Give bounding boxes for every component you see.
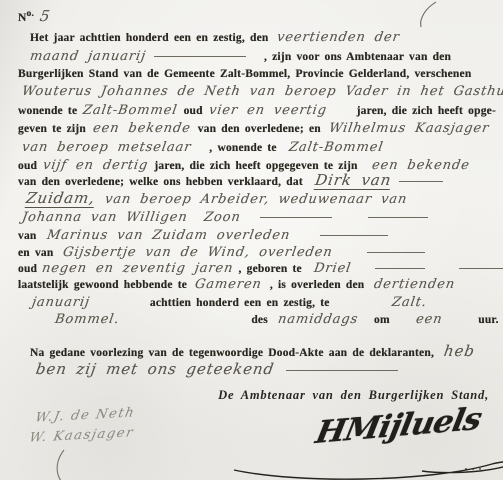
father-name: Marinus van Zuidam overleden <box>45 229 290 242</box>
filler-stroke <box>260 217 332 218</box>
signature-official: HMijluels <box>300 408 495 478</box>
act-line-4: Wouterus Johannes de Neth van beroep Vad… <box>22 82 503 100</box>
declarant1-name-occupation: Wouterus Johannes de Neth van beroep Vad… <box>21 85 503 98</box>
declarant1-relation: een bekende <box>92 122 192 135</box>
printed-text: Na gedane voorlezing van de tegenwoordig… <box>30 347 434 359</box>
printed-text: wonende te <box>18 105 77 117</box>
printed-text: jaren, die zich heeft opge- <box>357 105 496 117</box>
no-label: No. <box>18 12 34 24</box>
deceased-relation-son: Zoon <box>203 211 242 224</box>
signature-declarant2: W. Kaasjager <box>30 426 133 444</box>
act-line-6: geven te zijn een bekende van den overle… <box>18 119 489 137</box>
no-prefix: N <box>18 12 27 24</box>
act-line-2: maand januarij , zijn voor ons Ambtenaar… <box>30 47 451 65</box>
act-line-5: wonende te Zalt-Bommel oud vier en veert… <box>18 101 496 119</box>
deceased-age: negen en zeventig jaren <box>41 262 234 275</box>
pen-mark <box>52 448 70 480</box>
printed-text: oud <box>18 160 37 172</box>
printed-text: van <box>18 230 37 242</box>
declarant1-residence: Zalt-Bommel <box>82 104 178 117</box>
act-line-15: laatstelijk gewoond hebbende te Gameren … <box>18 275 455 293</box>
filler-stroke <box>320 235 388 236</box>
closing-line-1: Na gedane voorlezing van de tegenwoordig… <box>30 343 475 361</box>
printed-text: achttien honderd een en zestig, te <box>150 297 330 309</box>
filler-stroke <box>375 268 425 269</box>
printed-text: geven te zijn <box>18 123 86 135</box>
act-line-3: Burgerlijken Stand van de Gemeente Zalt-… <box>18 64 471 82</box>
act-number: 5 <box>39 9 52 24</box>
act-line-11: Johanna van Willigen Zoon <box>22 208 432 226</box>
closing-hand-continued: ben zij met ons geteekend <box>35 362 275 377</box>
declarant2-occupation: van beroep metselaar <box>21 141 192 154</box>
printed-text: uur. <box>478 314 499 326</box>
month-entry: maand januarij <box>29 50 147 63</box>
deceased-occupation-status: van beroep Arbeider, weduwenaar van <box>104 193 408 206</box>
official-signature-text: HMijluels <box>313 401 484 451</box>
death-day: dertienden <box>373 278 456 291</box>
act-line-12: van Marinus van Zuidam overleden <box>18 226 392 244</box>
printed-text: oud <box>184 105 203 117</box>
official-title-text: De Ambtenaar van den Burgerlijken Stand, <box>218 388 489 402</box>
deceased-surname: Zuidam, <box>25 191 96 208</box>
filler-stroke <box>368 217 428 218</box>
act-number-block: No. 5 <box>18 8 51 26</box>
declarant2-residence: Zalt-Bommel <box>288 141 384 154</box>
last-residence: Gameren <box>194 278 263 291</box>
death-place-line2: Bommel. <box>54 313 120 326</box>
filler-stroke <box>367 252 425 253</box>
printed-text: Het jaar achttien honderd een en zestig,… <box>30 32 269 44</box>
printed-text: oud <box>18 263 37 275</box>
act-line-9: van den overledene; welke ons hebben ver… <box>18 172 447 190</box>
printed-text: , geboren te <box>239 263 302 275</box>
declarant2-signature-text: W. Kaasjager <box>28 425 135 445</box>
closing-hand-start: heb <box>443 344 476 359</box>
printed-text: en van <box>18 247 53 259</box>
filler-stroke <box>399 181 443 182</box>
declarant2-name: Wilhelmus Kaasjager <box>328 122 490 135</box>
printed-text: des <box>251 314 268 326</box>
signature-flourish <box>230 448 503 480</box>
printed-text: van den overledene; welke ons hebben ver… <box>18 176 303 188</box>
printed-text: laatstelijk gewoond hebbende te <box>18 279 187 291</box>
signature-declarant1: W.J. de Neth <box>36 406 135 424</box>
printed-text: , is overleden den <box>270 279 365 291</box>
official-title: De Ambtenaar van den Burgerlijken Stand, <box>218 386 489 404</box>
time-of-day: namiddags <box>277 313 359 326</box>
death-month: januarij <box>31 296 91 309</box>
declarant2-age: vijf en dertig <box>42 159 149 172</box>
printed-text: om <box>374 314 390 326</box>
death-place-line1: Zalt. <box>391 296 428 309</box>
declarant1-signature-text: W.J. de Neth <box>34 405 137 425</box>
printed-text: van den overledene; en <box>198 123 321 135</box>
printed-text: , wonende te <box>209 142 276 154</box>
day-entry: veertienden der <box>275 31 400 44</box>
pen-flourish-mark <box>414 0 440 30</box>
act-line-1: Het jaar achttien honderd een en zestig,… <box>30 28 399 46</box>
mother-name: Gijsbertje van de Wind, overleden <box>62 246 334 259</box>
filler-stroke <box>154 56 246 57</box>
declarant1-age: vier en veertig <box>208 104 328 117</box>
filler-stroke <box>286 370 398 371</box>
printed-text: , zijn voor ons Ambtenaar van den <box>264 51 451 63</box>
deceased-widower-of: Johanna van Willigen <box>21 211 189 224</box>
birthplace: Driel <box>313 262 352 275</box>
no-superscript: o. <box>27 8 35 19</box>
filler-stroke <box>459 268 503 269</box>
act-line-7: van beroep metselaar , wonende te Zalt-B… <box>22 138 383 156</box>
printed-text: Burgerlijken Stand van de Gemeente Zalt-… <box>18 68 471 80</box>
act-line-16: januarij achttien honderd een en zestig,… <box>32 293 426 311</box>
closing-line-2: ben zij met ons geteekend <box>36 361 402 379</box>
deceased-name: Dirk van <box>314 173 393 190</box>
death-certificate-page: No. 5 Het jaar achttien honderd een en z… <box>0 0 503 480</box>
act-line-17: Bommel. des namiddags om een uur. <box>55 310 499 328</box>
death-hour: een <box>415 313 444 326</box>
act-line-10: Zuidam, van beroep Arbeider, weduwenaar … <box>26 190 407 208</box>
